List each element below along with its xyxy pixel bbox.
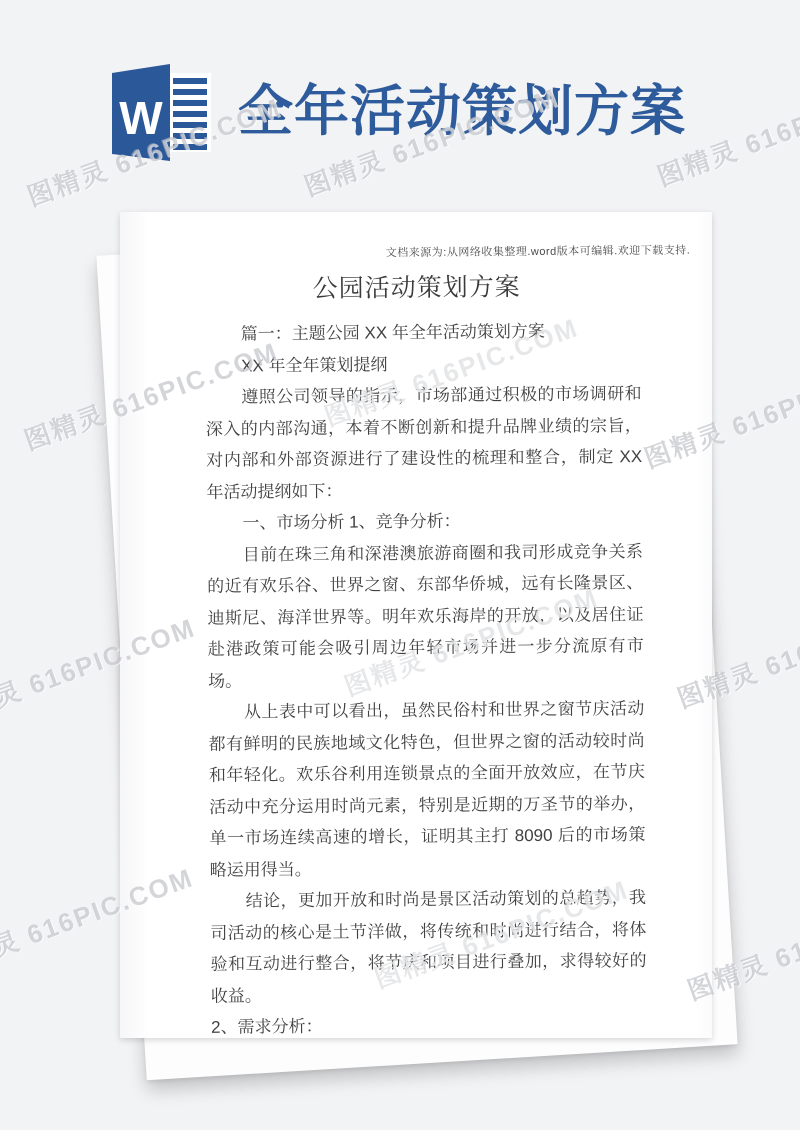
document-paragraph: 2、需求分析：	[211, 1008, 647, 1043]
document-paragraph: 篇一：主题公园 XX 年全年活动策划方案	[205, 315, 641, 350]
paper-sheet-front: 文档来源为:从网络收集整理.word版本可编辑.欢迎下载支持. 公园活动策划方案…	[120, 212, 712, 1038]
word-icon-letter: W	[119, 92, 163, 144]
document-paragraph: 遵照公司领导的指示，市场部通过积极的市场调研和深入的内部沟通，本着不断创新和提升…	[205, 378, 642, 508]
document-paragraph: 目前在珠三角和深港澳旅游商圈和我司形成竞争关系的近有欢乐谷、世界之窗、东部华侨城…	[207, 536, 644, 697]
header: W 全年活动策划方案	[0, 0, 800, 190]
page-canvas: W 全年活动策划方案 文档来源为:从网络收集整理.word版本可编辑.欢迎下载支…	[0, 0, 800, 1130]
document-paragraph: 一、市场分析 1、竞争分析：	[207, 504, 643, 539]
document-title: 公园活动策划方案	[120, 265, 712, 306]
document-paragraph: 结论，更加开放和时尚是景区活动策划的总趋势，我司活动的核心是土节洋做，将传统和时…	[210, 882, 647, 1012]
document-source-note: 文档来源为:从网络收集整理.word版本可编辑.欢迎下载支持.	[120, 242, 690, 263]
document-preview: 文档来源为:从网络收集整理.word版本可编辑.欢迎下载支持. 公园活动策划方案…	[120, 209, 719, 1044]
page-title: 全年活动策划方案	[238, 62, 778, 162]
document-text-block: 篇一：主题公园 XX 年全年活动策划方案 XX 年全年策划提纲 遵照公司领导的指…	[205, 315, 647, 1043]
word-icon: W	[112, 62, 212, 162]
document-paragraph: XX 年全年策划提纲	[205, 347, 641, 382]
document-paragraph: 从上表中可以看出，虽然民俗村和世界之窗节庆活动都有鲜明的民族地域文化特色，但世界…	[208, 693, 646, 886]
